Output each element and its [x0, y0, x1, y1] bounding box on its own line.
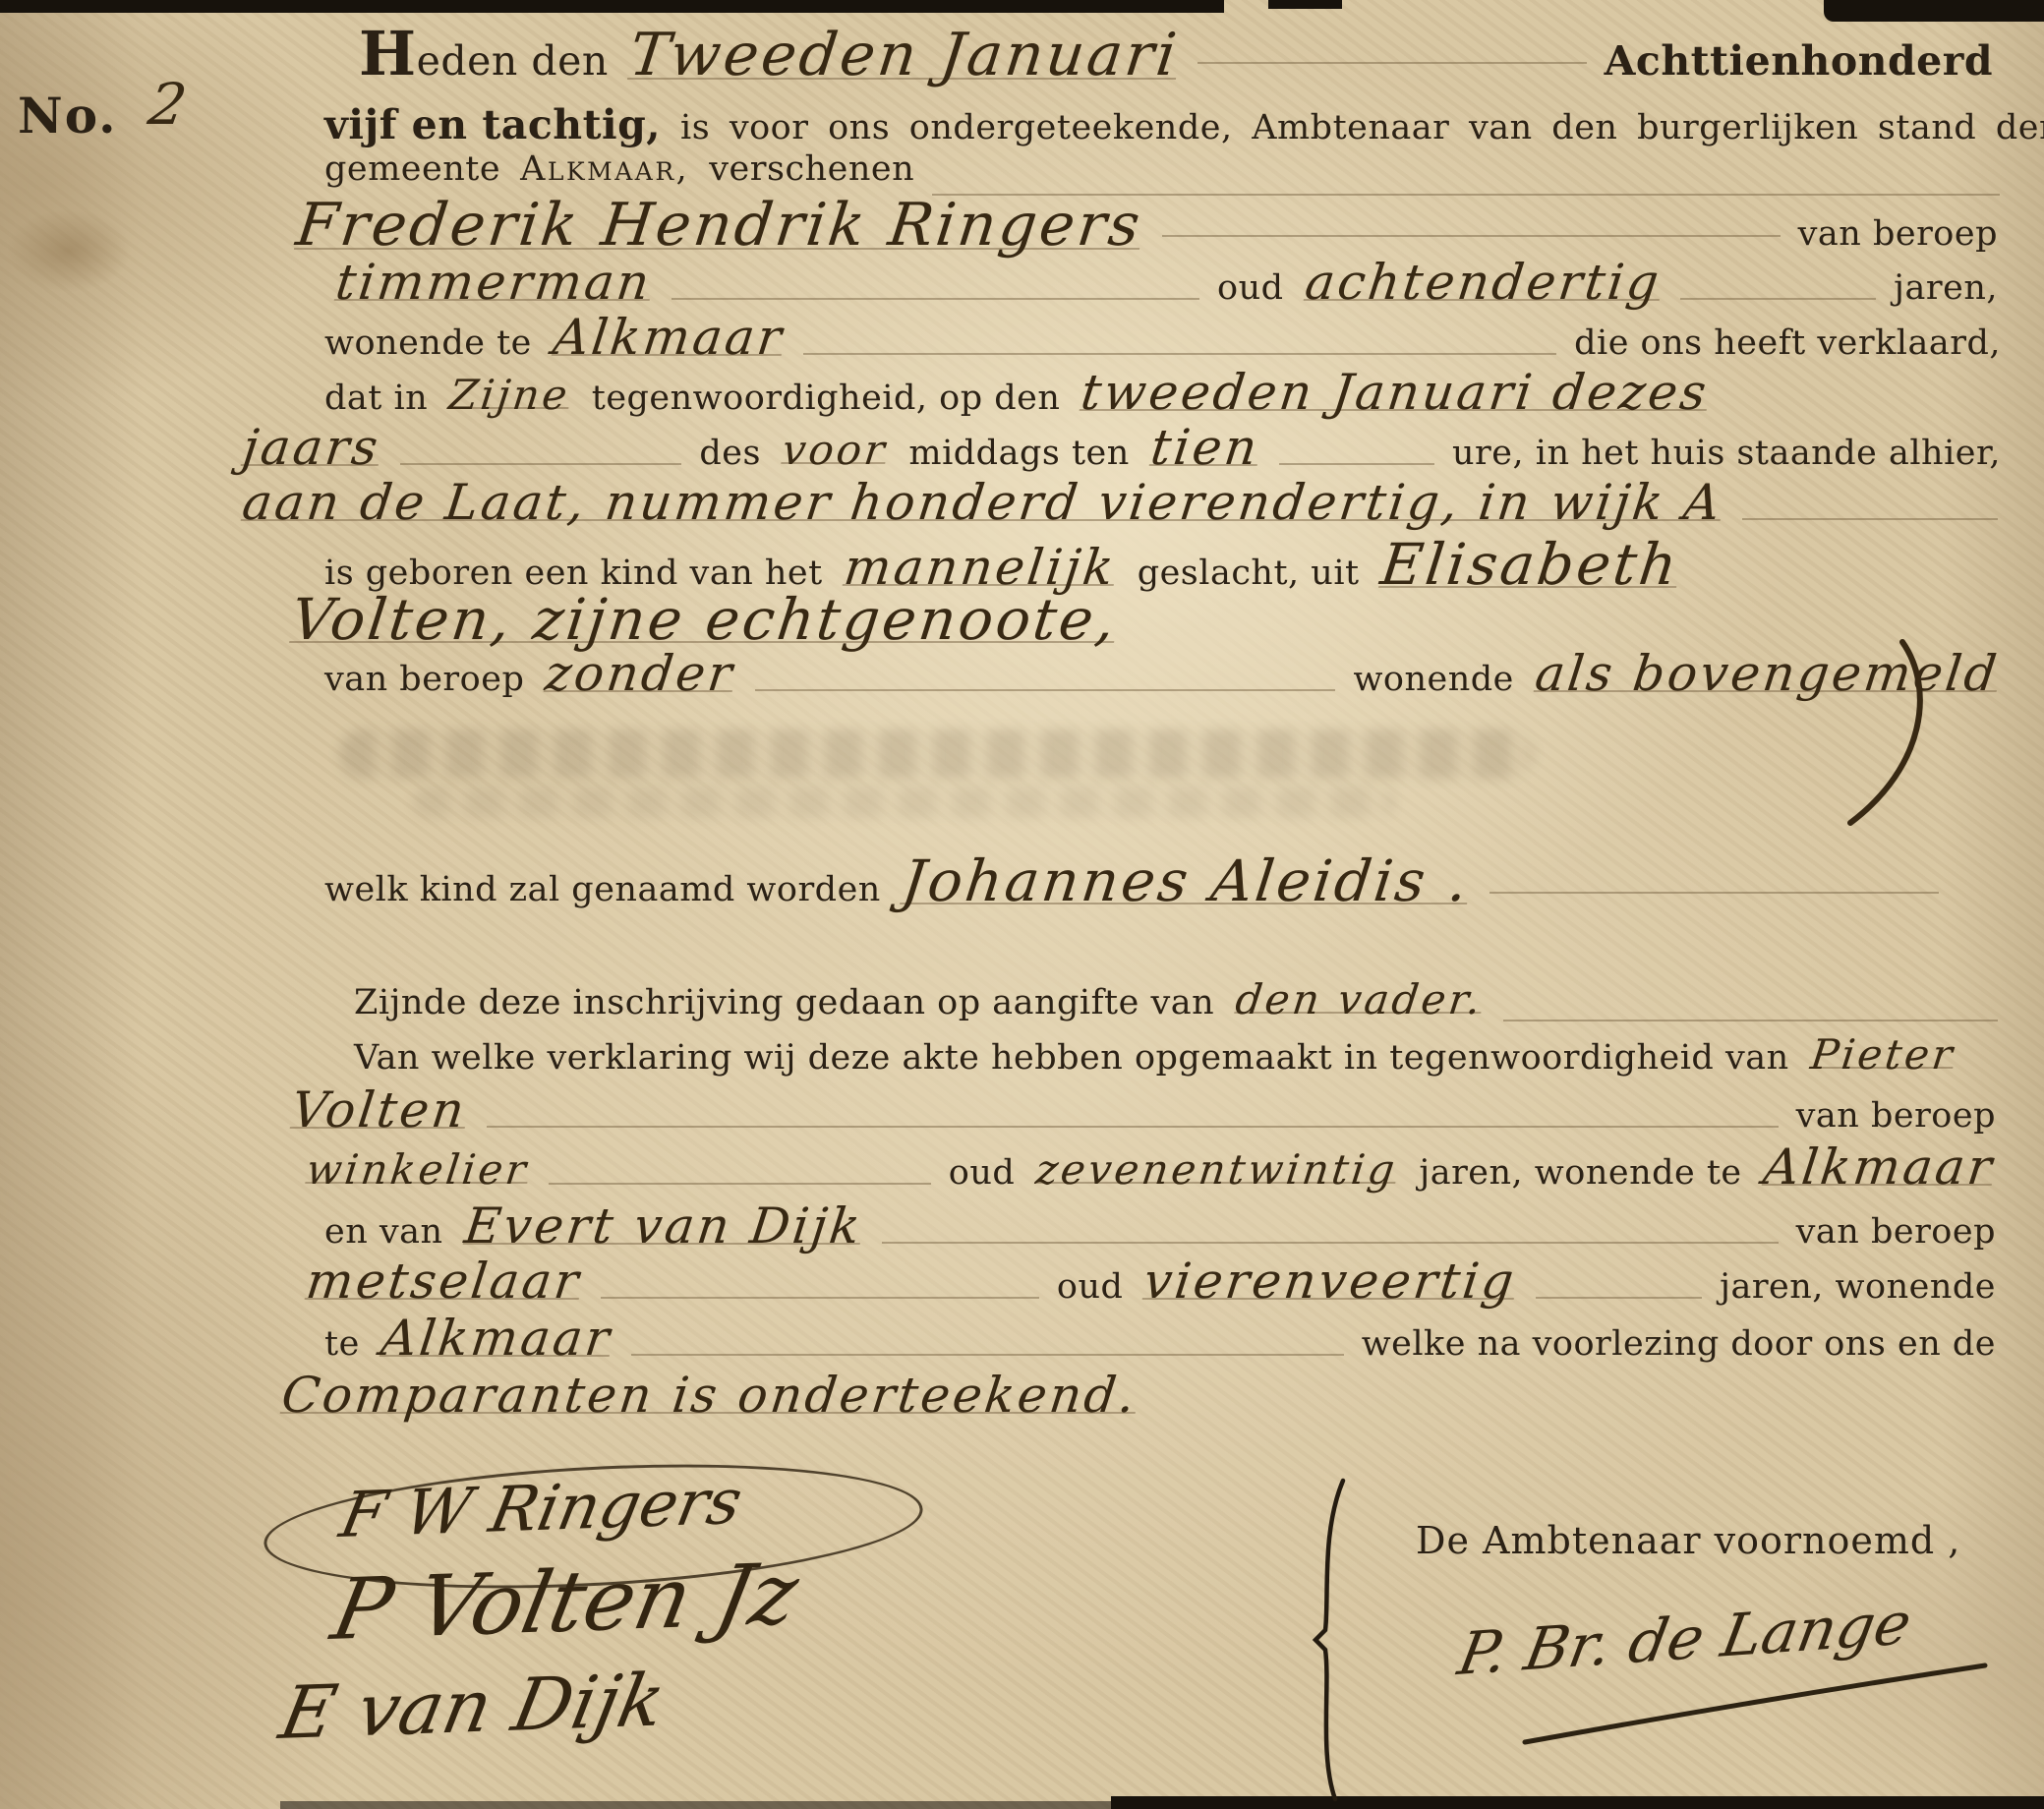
rule-line [882, 1242, 1779, 1244]
handwritten-entry: Evert van Dijk [461, 1197, 865, 1255]
act-line-15: Van welke verklaring wij deze akte hebbe… [344, 1030, 2006, 1089]
ink-bleedthrough-band [339, 729, 1534, 779]
printed-form-text: Zijnde deze inschrijving gedaan op aangi… [354, 983, 1214, 1022]
handwritten-entry: zevenentwintig [1033, 1145, 1400, 1194]
printed-form-text: ure, in het huis staande alhier, [1452, 434, 2001, 473]
printed-form-text: van beroep [1796, 1212, 1996, 1252]
act-line-20: teAlkmaarwelke na voorlezing door ons en… [315, 1310, 2006, 1369]
act-line-14: Zijnde deze inschrijving gedaan op aangi… [344, 975, 2006, 1034]
act-line-18: en vanEvert van Dijkvan beroep [315, 1197, 2006, 1256]
rule-line [1162, 235, 1781, 237]
handwritten-entry: winkelier [304, 1145, 532, 1194]
rule-line [1279, 463, 1434, 465]
handwritten-entry: Alkmaar [1760, 1138, 1997, 1196]
rule-line [487, 1126, 1779, 1128]
officiant-heading: De Ambtenaar voornoemd , [1416, 1519, 1960, 1562]
signature-underline-flourish [1519, 1660, 1991, 1748]
printed-form-text: verschenen [709, 149, 914, 189]
handwritten-entry: Zijne [446, 371, 573, 419]
act-line-21: Comparanten is onderteekend. [270, 1367, 1548, 1426]
act-line-13: welk kind zal genaamd wordenJohannes Ale… [315, 847, 1947, 906]
rule-line [549, 1183, 931, 1185]
printed-form-text: middags ten [908, 434, 1129, 473]
signature-witness-1: P Volten Jz [324, 1546, 806, 1660]
handwritten-entry: achtendertig [1302, 254, 1664, 311]
handwritten-entry: Johannes Aleidis . [899, 847, 1474, 914]
rule-line [1503, 1020, 1998, 1021]
printed-form-text: van beroep [1798, 214, 1998, 254]
act-line-19: metselaaroudvierenveertigjaren, wonende [295, 1253, 2006, 1312]
act-line-9: aan de Laat, nummer honderd vierendertig… [231, 474, 2006, 533]
printed-form-text: en van [324, 1212, 443, 1252]
printed-form-text: gemeente [324, 149, 500, 189]
act-line-5: timmermanoudachtendertigjaren, [324, 254, 2008, 313]
act-line-7: dat inZijnetegenwoordigheid, op dentweed… [315, 364, 2011, 423]
printed-form-text: Van welke verklaring wij deze akte hebbe… [354, 1038, 1789, 1078]
handwritten-entry: jaars [239, 419, 383, 476]
act-line-10: is geboren een kind van hetmannelijkgesl… [315, 531, 2011, 590]
printed-form-text: oud [1217, 268, 1284, 308]
rule-line [755, 689, 1336, 691]
handwritten-entry: vierenveertig [1141, 1253, 1520, 1310]
printed-form-text: jaren, [1894, 268, 1998, 308]
handwritten-entry: Volten [288, 1081, 470, 1138]
rule-line [631, 1354, 1344, 1356]
pen-flourish-paren [1809, 634, 1937, 831]
act-line-4: Frederik Hendrik Ringersvan beroep [285, 191, 2008, 250]
rule-line [1197, 62, 1586, 64]
printed-form-text: des [699, 434, 761, 473]
printed-form-text: die ons heeft verklaard, [1574, 323, 2001, 363]
printed-form-text: Achttienhonderd [1605, 37, 1993, 85]
act-line-8: jaarsdesvoormiddags tentienure, in het h… [231, 419, 2011, 478]
signature-witness-2: E van Dijk [273, 1659, 672, 1756]
printed-form-text: Heden den [359, 18, 609, 89]
rule-line [803, 353, 1556, 355]
handwritten-entry: Alkmaar [378, 1310, 614, 1367]
rule-line [601, 1297, 1039, 1299]
act-line-16: Voltenvan beroep [280, 1081, 2006, 1140]
handwritten-entry: metselaar [303, 1253, 584, 1310]
curly-brace [1300, 1475, 1359, 1804]
handwritten-entry: tien [1147, 419, 1262, 476]
act-line-12: van beroepzonderwonendeals bovengemeld [315, 645, 2011, 704]
printed-form-text: welke na voorlezing door ons en de [1362, 1324, 1996, 1364]
handwritten-entry: Tweeden Januari [625, 21, 1182, 89]
printed-form-text: oud [1057, 1267, 1124, 1307]
printed-form-text: jaren, wonende [1720, 1267, 1996, 1307]
handwritten-entry: Volten, zijne echtgenoote, [288, 586, 1122, 653]
printed-form-text: dat in [324, 379, 428, 418]
printed-form-text: tegenwoordigheid, op den [592, 379, 1061, 418]
rule-line [1742, 518, 1998, 520]
signature-declarant: F W Ringers [334, 1466, 748, 1552]
handwritten-entry: tweeden Januari dezes [1079, 364, 1713, 421]
printed-form-text: te [324, 1324, 360, 1364]
printed-form-text: wonende [1353, 660, 1513, 699]
handwritten-entry: voor [780, 426, 890, 474]
handwritten-entry: Alkmaar [550, 309, 787, 366]
printed-form-text: welk kind zal genaamd worden [324, 870, 881, 909]
rule-line [400, 463, 682, 465]
printed-form-text: jaren, wonende te [1419, 1153, 1741, 1193]
handwritten-entry: Pieter [1808, 1030, 1957, 1079]
birth-record-page: No. 2 Heden denTweeden JanuariAchttienho… [0, 0, 2044, 1809]
act-line-17: winkelieroudzevenentwintigjaren, wonende… [295, 1138, 2006, 1197]
printed-form-text: vijf en tachtig, [324, 101, 661, 148]
handwritten-entry: Frederik Hendrik Ringers [293, 191, 1146, 260]
rule-line [672, 298, 1199, 300]
handwritten-entry: timmerman [332, 254, 655, 311]
printed-form-text: is voor ons ondergeteekende, Ambtenaar v… [680, 108, 2044, 147]
handwritten-entry: zonder [543, 645, 738, 702]
act-line-11: Volten, zijne echtgenoote, [280, 586, 1657, 645]
printed-form-text: van beroep [1796, 1096, 1996, 1136]
printed-form-text: van beroep [324, 660, 524, 699]
handwritten-entry: aan de Laat, nummer honderd vierendertig… [239, 474, 1725, 531]
rule-line [1536, 1297, 1702, 1299]
handwritten-entry: Comparanten is onderteekend. [278, 1367, 1140, 1424]
printed-form-text: wonende te [324, 323, 532, 363]
act-line-6: wonende teAlkmaardie ons heeft verklaard… [315, 309, 2011, 368]
printed-form-text: Alkmaar, [520, 149, 689, 189]
rule-line [1680, 298, 1876, 300]
printed-form-text: oud [949, 1153, 1016, 1193]
act-line-1: Heden denTweeden JanuariAchttienhonderd [349, 18, 2003, 77]
ink-bleedthrough-band-2 [413, 787, 1396, 818]
rule-line [1489, 892, 1939, 894]
handwritten-entry: den vader. [1233, 975, 1486, 1023]
